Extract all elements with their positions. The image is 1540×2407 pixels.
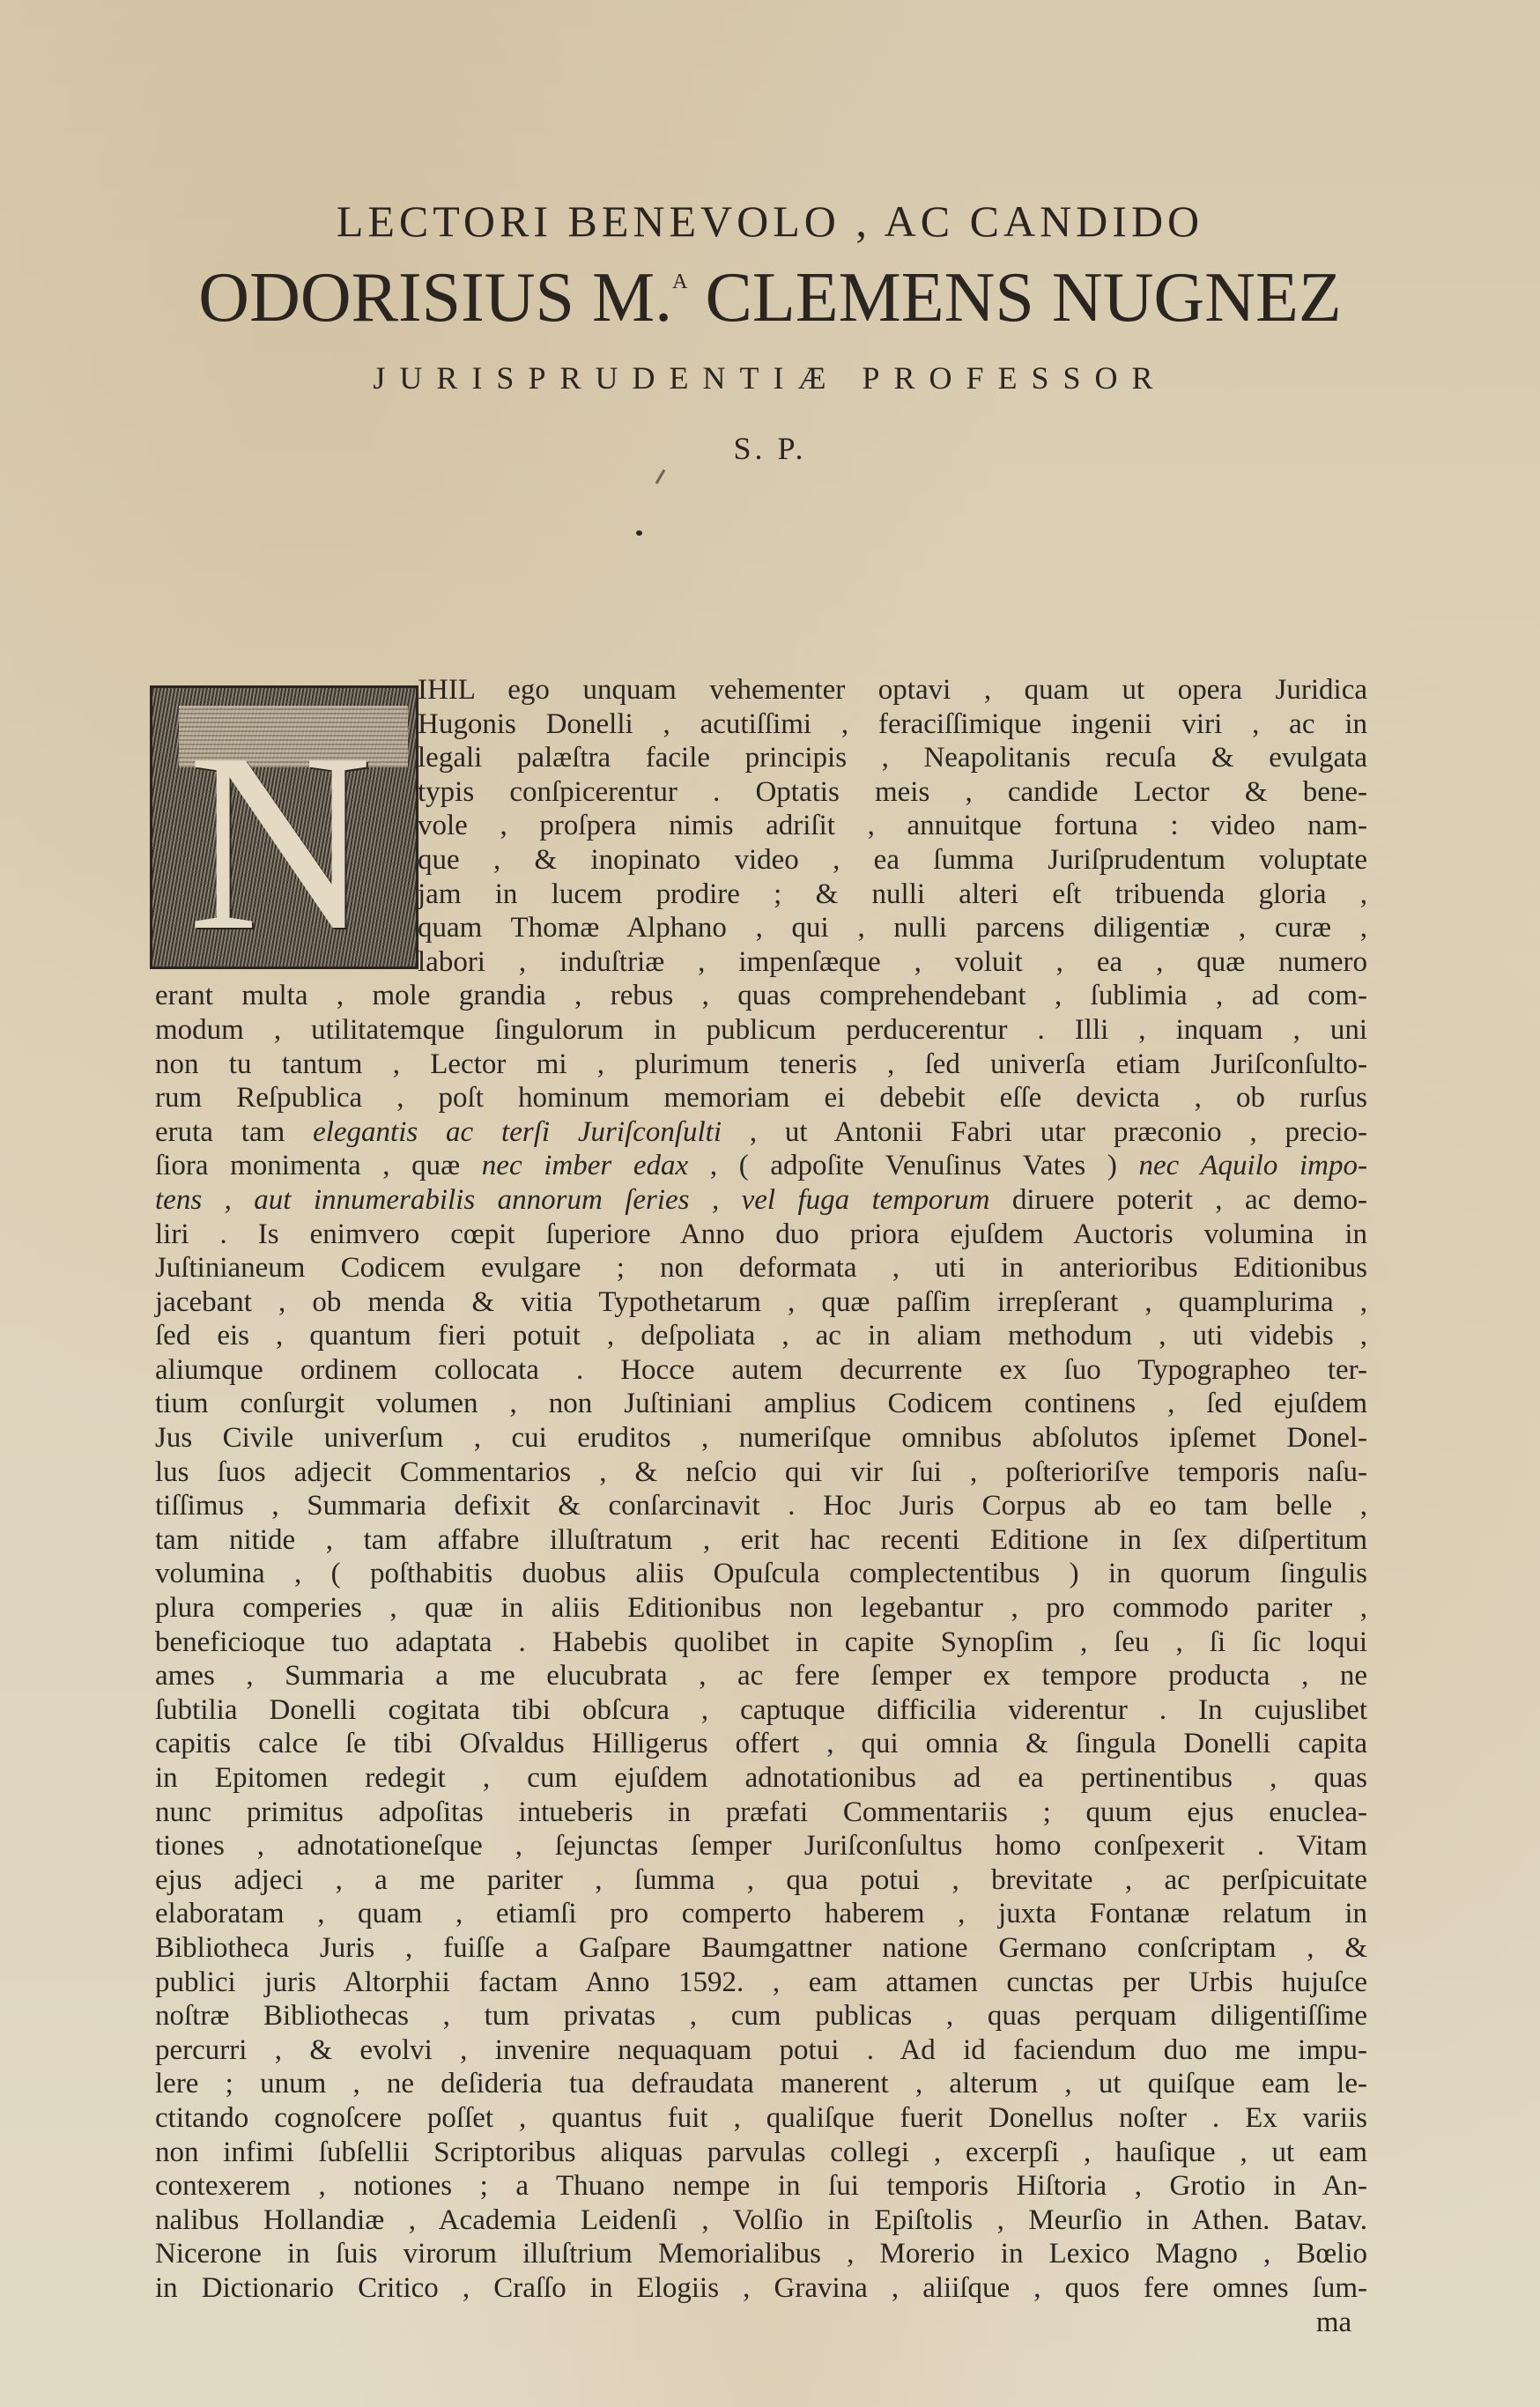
text-line: percurri , & evolvi , invenire nequaquam… [155, 2033, 1367, 2068]
salutem-plurimam: S. P. [0, 430, 1540, 467]
text-line: ctitando cognoſcere poſſet , quantus fui… [155, 2101, 1367, 2136]
text-line: tium conſurgit volumen , non Juſtiniani … [155, 1387, 1367, 1421]
text-line: que , & inopinato video , ea ſumma Juriſ… [155, 843, 1367, 878]
text-line: tiones , adnotationeſque , ſejunctas ſem… [155, 1829, 1367, 1863]
text-line: legali palæſtra facile principis , Neapo… [155, 741, 1367, 775]
text-line: Juſtinianeum Codicem evulgare ; non defo… [155, 1251, 1367, 1285]
text-line: vole , proſpera nimis adriſit , annuitqu… [155, 809, 1367, 843]
text-line: plura comperies , quæ in aliis Editionib… [155, 1591, 1367, 1626]
author-title: JURISPRUDENTIÆ PROFESSOR [0, 359, 1540, 396]
text-line: labori , induſtriæ , impenſæque , voluit… [155, 945, 1367, 980]
book-page: LECTORI BENEVOLO , AC CANDIDO ODORISIUS … [0, 0, 1540, 2407]
text-line: elaboratam , quam , etiamſi pro comperto… [155, 1897, 1367, 1931]
text-line: publici juris Altorphii factam Anno 1592… [155, 1966, 1367, 2000]
text-line: in Epitomen redegit , cum ejuſdem adnota… [155, 1761, 1367, 1796]
text-line: volumina , ( poſthabitis duobus aliis Op… [155, 1557, 1367, 1591]
text-line: lus ſuos adjecit Commentarios , & neſcio… [155, 1455, 1367, 1490]
author-name: ODORISIUS M.A CLEMENS NUGNEZ [0, 263, 1540, 333]
text-line: nunc primitus adpoſitas intueberis in pr… [155, 1796, 1367, 1830]
ink-mark [655, 469, 666, 484]
text-line: quam Thomæ Alphano , qui , nulli parcens… [155, 911, 1367, 945]
text-line: modum , utilitatemque ſingulorum in publ… [155, 1013, 1367, 1048]
text-line: Bibliotheca Juris , fuiſſe a Gaſpare Bau… [155, 1931, 1367, 1966]
text-line: lere ; unum , ne deſideria tua defraudat… [155, 2067, 1367, 2101]
text-line: ſed eis , quantum fieri potuit , deſpoli… [155, 1319, 1367, 1353]
text-line: noſtræ Bibliothecas , tum privatas , cum… [155, 1999, 1367, 2033]
text-line: Jus Civile univerſum , cui eruditos , nu… [155, 1421, 1367, 1455]
text-line: Hugonis Donelli , acutiſſimi , feraciſſi… [155, 707, 1367, 742]
text-line: Nicerone in ſuis virorum illuſtrium Memo… [155, 2237, 1367, 2271]
text-line: ſubtilia Donelli cogitata tibi obſcura ,… [155, 1693, 1367, 1728]
text-line: eruta tam elegantis ac terſi Juriſconſul… [155, 1115, 1367, 1150]
author-last: CLEMENS NUGNEZ [706, 259, 1342, 337]
text-line: contexerem , notiones ; a Thuano nempe i… [155, 2169, 1367, 2203]
catchword: ma [155, 2306, 1367, 2340]
text-line: nalibus Hollandiæ , Academia Leidenſi , … [155, 2203, 1367, 2238]
text-line: aliumque ordinem collocata . Hocce autem… [155, 1353, 1367, 1388]
text-line: ejus adjeci , a me pariter , ſumma , qua… [155, 1863, 1367, 1898]
salutation-heading: LECTORI BENEVOLO , AC CANDIDO [0, 196, 1540, 247]
body-paragraph: IHIL ego unquam vehementer optavi , quam… [155, 673, 1367, 2339]
text-line: ſiora monimenta , quæ nec imber edax , (… [155, 1149, 1367, 1183]
text-line: tiſſimus , Summaria defixit & conſarcina… [155, 1489, 1367, 1523]
text-line: tens , aut innumerabilis annorum ſeries … [155, 1183, 1367, 1218]
text-line: rum Reſpublica , poſt hominum memoriam e… [155, 1081, 1367, 1115]
text-line: typis conſpicerentur . Optatis meis , ca… [155, 775, 1367, 810]
text-line: tam nitide , tam affabre illuſtratum , e… [155, 1523, 1367, 1558]
text-line: liri . Is enimvero cœpit ſuperiore Anno … [155, 1218, 1367, 1252]
text-line: jam in lucem prodire ; & nulli alteri eſ… [155, 878, 1367, 912]
author-first: ODORISIUS M. [198, 259, 672, 337]
text-line: non infimi ſubſellii Scriptoribus aliqua… [155, 2136, 1367, 2170]
text-line: in Dictionario Critico , Craſſo in Elogi… [155, 2271, 1367, 2306]
text-line: erant multa , mole grandia , rebus , qua… [155, 979, 1367, 1013]
text-line: beneficioque tuo adaptata . Habebis quol… [155, 1626, 1367, 1660]
text-line: capitis calce ſe tibi Oſvaldus Hilligeru… [155, 1727, 1367, 1761]
author-abbrev-sup: A [672, 270, 687, 293]
ink-dot [636, 530, 642, 536]
text-line: non tu tantum , Lector mi , plurimum ten… [155, 1048, 1367, 1082]
text-line: ames , Summaria a me elucubrata , ac fer… [155, 1659, 1367, 1693]
text-line: jacebant , ob menda & vitia Typothetarum… [155, 1285, 1367, 1320]
text-line: IHIL ego unquam vehementer optavi , quam… [155, 673, 1367, 707]
